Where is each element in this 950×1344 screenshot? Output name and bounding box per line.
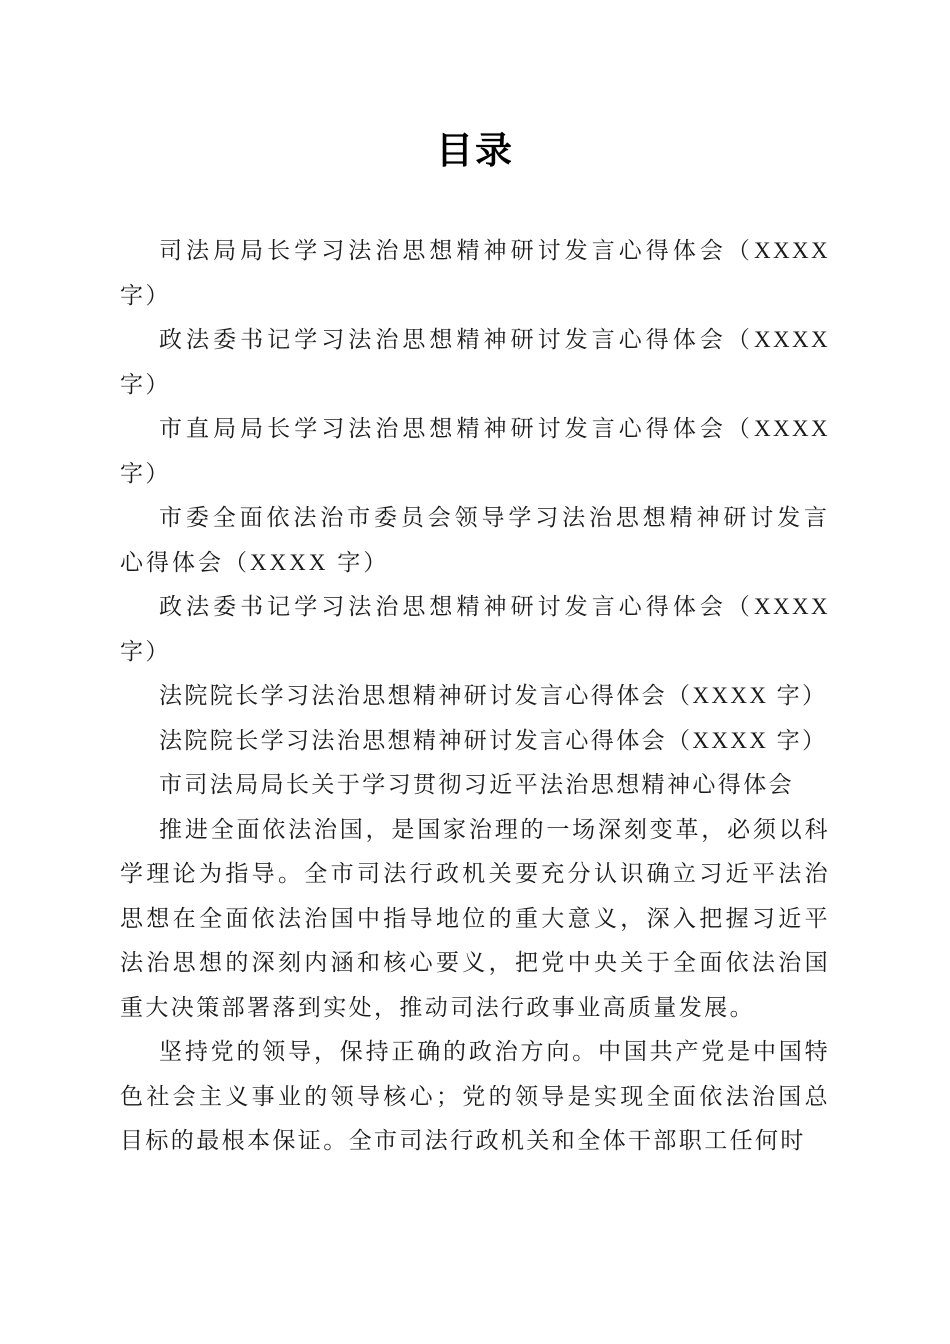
- toc-entry: 市委全面依法治市委员会领导学习法治思想精神研讨发言心得体会（XXXX 字）: [120, 496, 830, 585]
- toc-entry: 法院院长学习法治思想精神研讨发言心得体会（XXXX 字）: [120, 719, 830, 764]
- body-paragraph: 坚持党的领导，保持正确的政治方向。中国共产党是中国特色社会主义事业的领导核心；党…: [120, 1030, 830, 1164]
- toc-entry: 政法委书记学习法治思想精神研讨发言心得体会（XXXX 字）: [120, 318, 830, 407]
- document-page: 目录 司法局局长学习法治思想精神研讨发言心得体会（XXXX 字） 政法委书记学习…: [0, 0, 950, 1344]
- document-title: 目录: [0, 0, 950, 178]
- document-content: 司法局局长学习法治思想精神研讨发言心得体会（XXXX 字） 政法委书记学习法治思…: [120, 229, 830, 1164]
- toc-entry: 司法局局长学习法治思想精神研讨发言心得体会（XXXX 字）: [120, 229, 830, 318]
- toc-entry: 市直局局长学习法治思想精神研讨发言心得体会（XXXX 字）: [120, 407, 830, 496]
- toc-entry: 政法委书记学习法治思想精神研讨发言心得体会（XXXX 字）: [120, 585, 830, 674]
- toc-entry: 市司法局局长关于学习贯彻习近平法治思想精神心得体会: [120, 763, 830, 808]
- toc-entry: 法院院长学习法治思想精神研讨发言心得体会（XXXX 字）: [120, 674, 830, 719]
- body-paragraph: 推进全面依法治国，是国家治理的一场深刻变革，必须以科学理论为指导。全市司法行政机…: [120, 808, 830, 1031]
